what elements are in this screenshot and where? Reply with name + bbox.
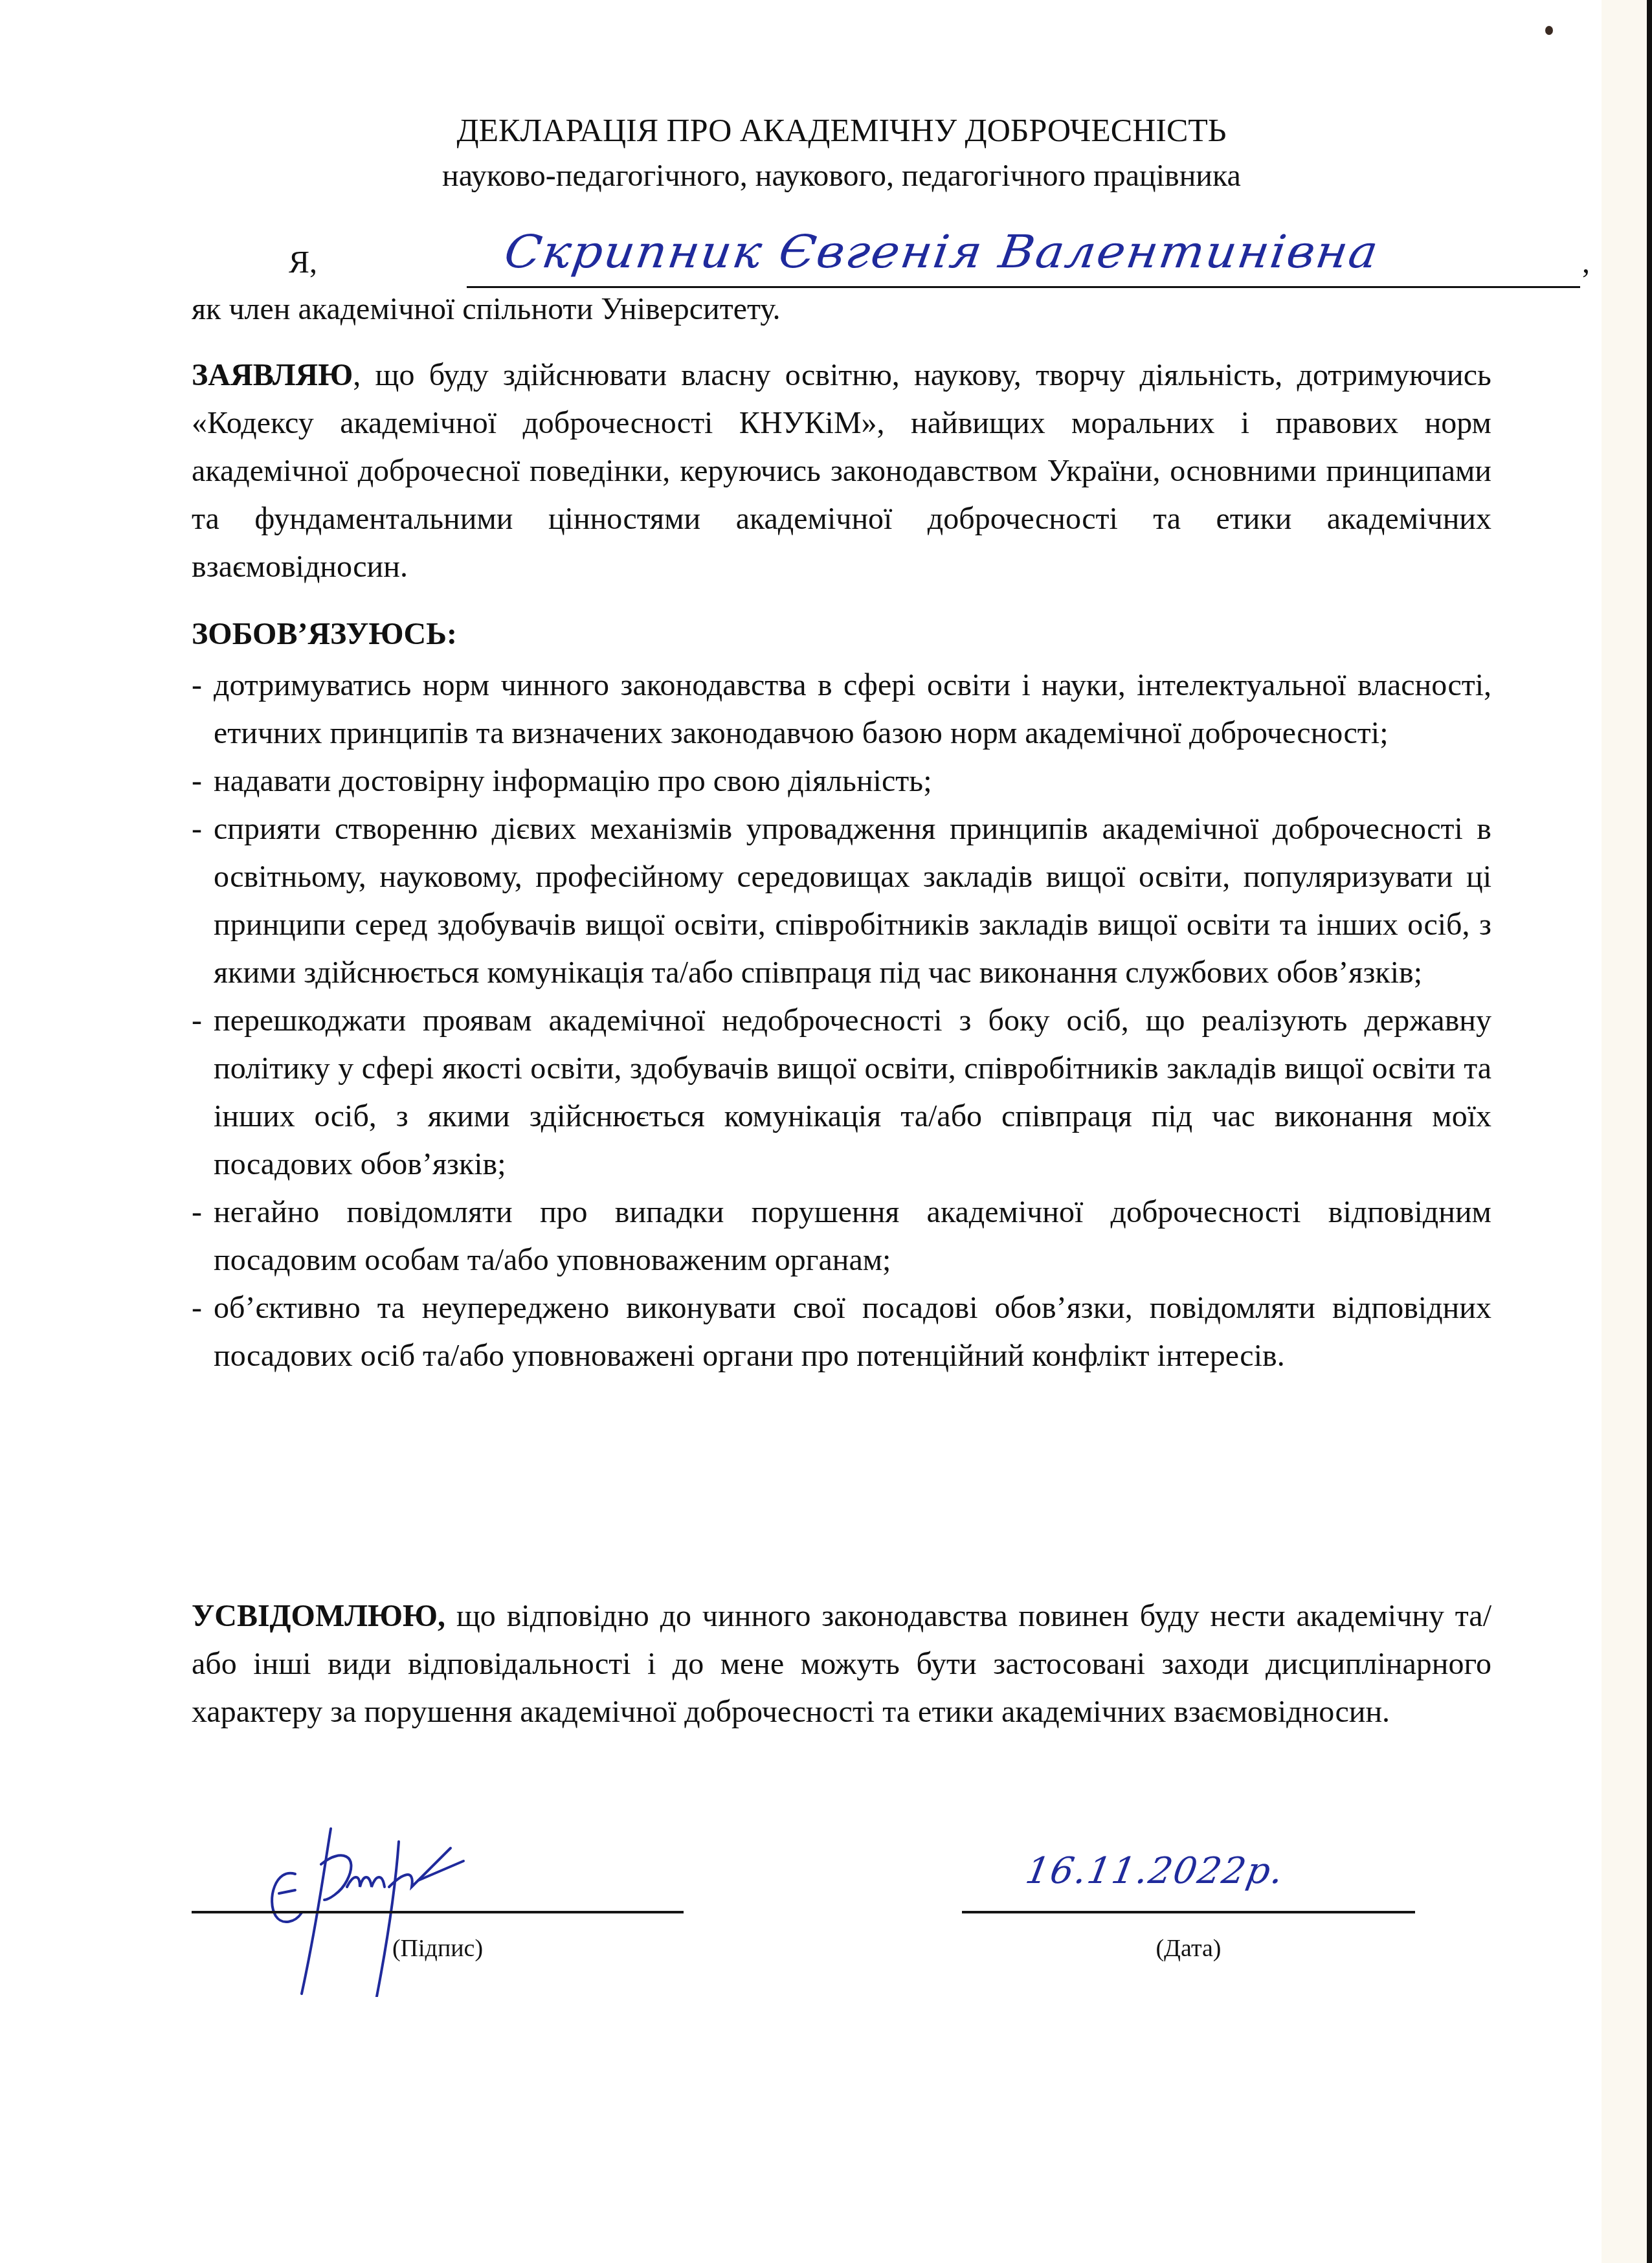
member-line: як член академічної спільноти Університе… [192, 291, 780, 327]
dash-bullet: - [192, 662, 202, 709]
date-line [962, 1911, 1415, 1913]
commit-list: -дотримуватись норм чинного законодавств… [192, 662, 1491, 1380]
aware-keyword: УСВІДОМЛЮЮ, [192, 1599, 445, 1633]
handwritten-signature-icon [256, 1803, 528, 1997]
name-suffix: , [1582, 245, 1590, 280]
commit-item: -надавати достовірну інформацію про свою… [192, 757, 1491, 805]
commit-heading: ЗОБОВ’ЯЗУЮСЬ: [192, 616, 457, 652]
commit-item: -перешкоджати проявам академічної недобр… [192, 997, 1491, 1188]
commit-item: -дотримуватись норм чинного законодавств… [192, 662, 1491, 757]
scan-speck [1545, 26, 1553, 35]
commit-item-text: перешкоджати проявам академічної недобро… [214, 1003, 1491, 1181]
date-caption: (Дата) [962, 1934, 1415, 1963]
commit-item-text: сприяти створенню дієвих механізмів упро… [214, 812, 1491, 990]
document-subtitle: науково-педагогічного, наукового, педаго… [192, 158, 1491, 194]
dash-bullet: - [192, 1284, 202, 1332]
aware-paragraph: УСВІДОМЛЮЮ, що відповідно до чинного зак… [192, 1592, 1491, 1736]
scan-edge [1647, 0, 1652, 2263]
signature-caption: (Підпис) [192, 1934, 684, 1963]
scan-margin-band [1602, 0, 1647, 2263]
handwritten-date: 16.11.2022р. [1023, 1850, 1288, 1892]
declare-text: , що буду здійснювати власну освітню, на… [192, 358, 1491, 584]
commit-item: -сприяти створенню дієвих механізмів упр… [192, 805, 1491, 997]
dash-bullet: - [192, 997, 202, 1045]
declare-keyword: ЗАЯВЛЯЮ [192, 358, 353, 392]
commit-item-text: надавати достовірну інформацію про свою … [214, 764, 932, 798]
commit-item-text: дотримуватись норм чинного законодавства… [214, 668, 1491, 750]
handwritten-name: Скрипник Євгенія Валентинівна [501, 225, 1383, 278]
commit-item: -негайно повідомляти про випадки порушен… [192, 1188, 1491, 1284]
commit-item-text: об’єктивно та неупереджено виконувати св… [214, 1291, 1491, 1373]
signature-block: (Підпис) [192, 1864, 684, 1994]
name-field: Я, Скрипник Євгенія Валентинівна , [289, 233, 1503, 298]
signature-line [192, 1911, 684, 1913]
commit-item-text: негайно повідомляти про випадки порушенн… [214, 1195, 1491, 1277]
name-prefix: Я, [289, 245, 317, 280]
name-underline [467, 286, 1580, 288]
date-block: 16.11.2022р. (Дата) [962, 1864, 1415, 1994]
dash-bullet: - [192, 805, 202, 853]
document-title: ДЕКЛАРАЦІЯ ПРО АКАДЕМІЧНУ ДОБРОЧЕСНІСТЬ [192, 111, 1491, 149]
declare-paragraph: ЗАЯВЛЯЮ, що буду здійснювати власну осві… [192, 351, 1491, 591]
dash-bullet: - [192, 757, 202, 805]
dash-bullet: - [192, 1188, 202, 1236]
commit-item: -об’єктивно та неупереджено виконувати с… [192, 1284, 1491, 1380]
